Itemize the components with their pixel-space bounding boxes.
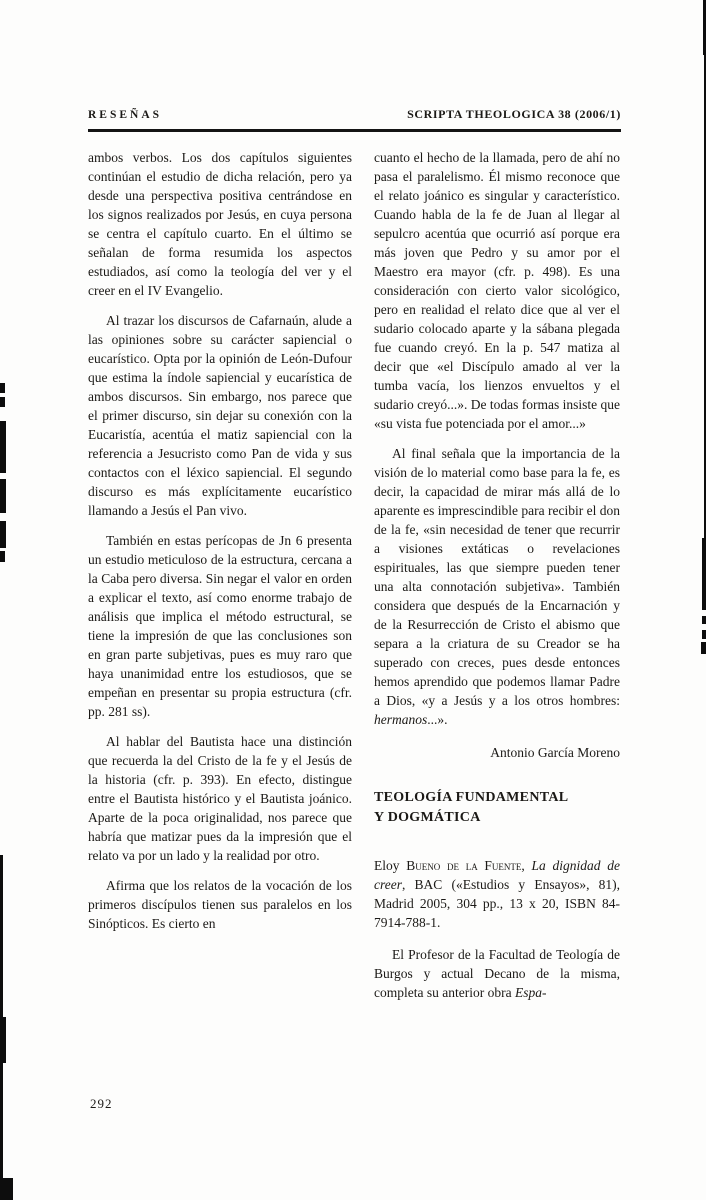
paragraph: cuanto el hecho de la llamada, pero de a… [374, 148, 620, 433]
paragraph: ambos verbos. Los dos capítulos siguient… [88, 148, 352, 300]
page-number: 292 [90, 1096, 113, 1112]
scan-artifact [702, 630, 706, 639]
scan-artifact [0, 1178, 13, 1200]
scan-artifact [701, 642, 706, 654]
column-left: ambos verbos. Los dos capítulos siguient… [88, 148, 352, 944]
paragraph-text: El Profesor de la Facultad de Teología d… [374, 947, 620, 1000]
running-head-journal: SCRIPTA THEOLOGICA 38 (2006/1) [407, 107, 621, 122]
italic-word: hermanos [374, 712, 427, 727]
journal-page: RESEÑAS SCRIPTA THEOLOGICA 38 (2006/1) a… [0, 0, 706, 1200]
scan-artifact [702, 616, 706, 624]
paragraph-text: Al final señala que la importancia de la… [374, 446, 620, 708]
header-rule [88, 129, 621, 132]
column-right: cuanto el hecho de la llamada, pero de a… [374, 148, 620, 1013]
section-heading: TEOLOGÍA FUNDAMENTALY DOGMÁTICA [374, 788, 620, 828]
paragraph: Afirma que los relatos de la vocación de… [88, 876, 352, 933]
paragraph: También en estas perícopas de Jn 6 prese… [88, 531, 352, 721]
review-signature: Antonio García Moreno [374, 743, 620, 762]
scan-artifact [0, 397, 5, 407]
citation-author: Eloy [374, 858, 406, 873]
scan-artifact [0, 383, 5, 393]
citation-separator: , [521, 858, 531, 873]
citation-details: , BAC («Estudios y Ensayos», 81), Madrid… [374, 877, 620, 930]
paragraph: El Profesor de la Facultad de Teología d… [374, 945, 620, 1002]
scan-artifact [0, 521, 6, 548]
citation-author-surname: Bueno de la Fuente [406, 858, 521, 873]
running-head-section: RESEÑAS [88, 109, 162, 121]
running-head: RESEÑAS SCRIPTA THEOLOGICA 38 (2006/1) [88, 107, 621, 122]
paragraph-text: ...». [427, 712, 447, 727]
section-heading-line2: Y DOGMÁTICA [374, 810, 481, 825]
scan-artifact [0, 479, 6, 513]
paragraph: Al hablar del Bautista hace una distinci… [88, 732, 352, 865]
paragraph: Al final señala que la importancia de la… [374, 444, 620, 729]
scan-artifact [0, 1017, 6, 1063]
italic-word: Espa- [515, 985, 547, 1000]
scan-artifact [0, 421, 6, 473]
scan-artifact [702, 538, 706, 610]
paragraph: Al trazar los discursos de Cafarnaún, al… [88, 311, 352, 520]
scan-artifact [0, 551, 5, 562]
book-citation: Eloy Bueno de la Fuente, La dignidad de … [374, 856, 620, 932]
section-heading-line1: TEOLOGÍA FUNDAMENTAL [374, 790, 568, 805]
